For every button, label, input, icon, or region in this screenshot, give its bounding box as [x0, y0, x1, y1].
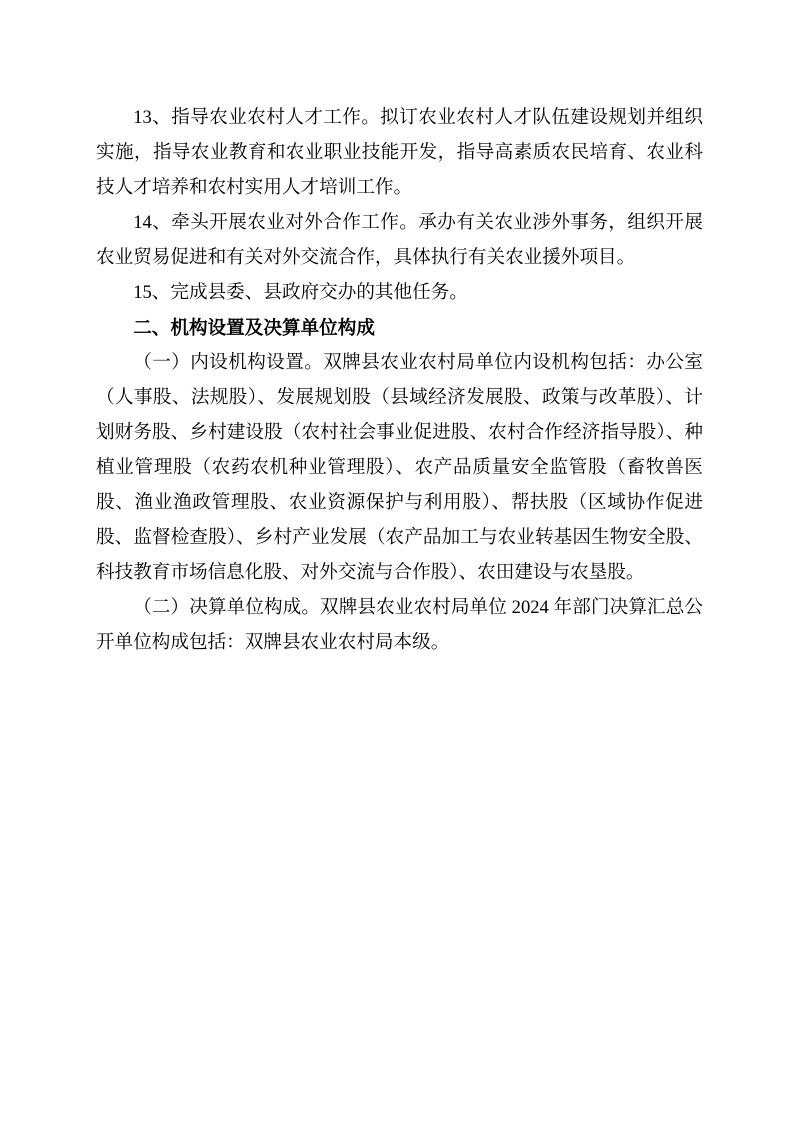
paragraph-duty-15: 15、完成县委、县政府交办的其他任务。 — [96, 275, 703, 310]
document-body: 13、指导农业农村人才工作。拟订农业农村人才队伍建设规划并组织实施，指导农业教育… — [96, 100, 703, 660]
section-heading-org-structure: 二、机构设置及决算单位构成 — [96, 310, 703, 345]
paragraph-duty-14: 14、牵头开展农业对外合作工作。承办有关农业涉外事务，组织开展农业贸易促进和有关… — [96, 205, 703, 275]
paragraph-duty-13: 13、指导农业农村人才工作。拟订农业农村人才队伍建设规划并组织实施，指导农业教育… — [96, 100, 703, 205]
paragraph-unit-composition: （二）决算单位构成。双牌县农业农村局单位 2024 年部门决算汇总公开单位构成包… — [96, 590, 703, 660]
paragraph-internal-orgs: （一）内设机构设置。双牌县农业农村局单位内设机构包括：办公室（人事股、法规股）、… — [96, 345, 703, 590]
document-page: 13、指导农业农村人才工作。拟订农业农村人才队伍建设规划并组织实施，指导农业教育… — [0, 0, 793, 1122]
